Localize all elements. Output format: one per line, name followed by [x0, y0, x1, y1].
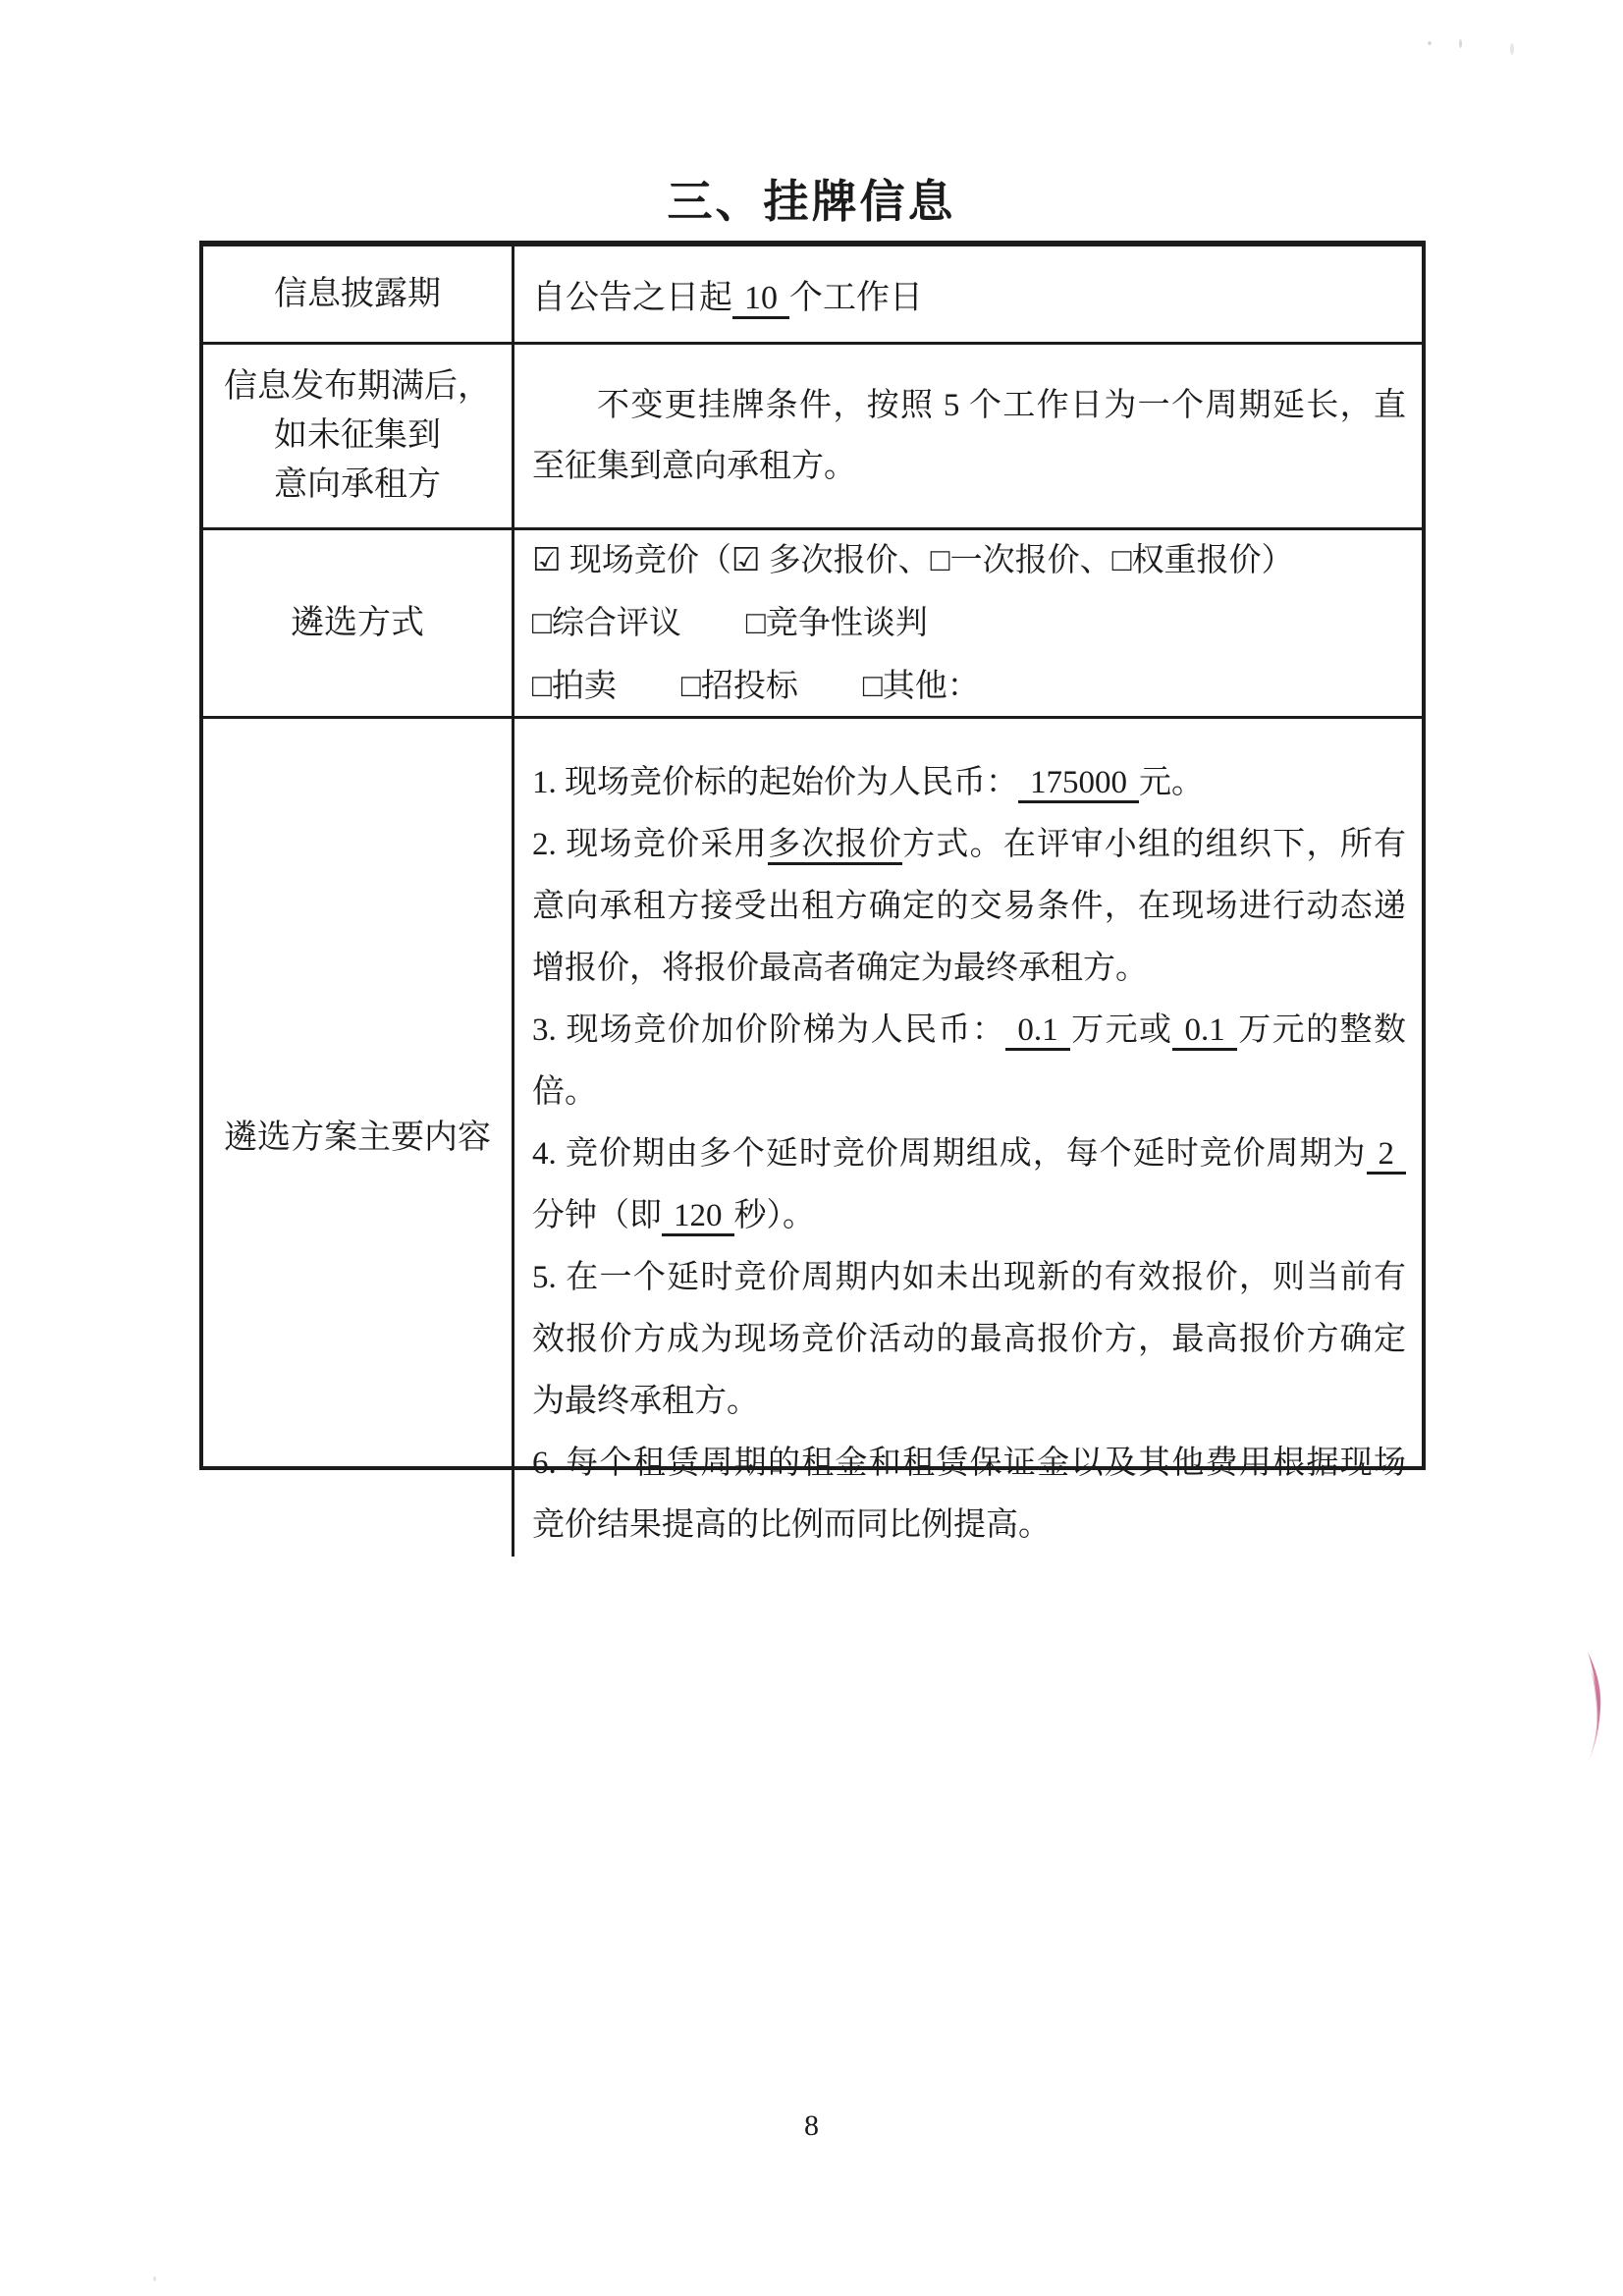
increment-value: 0.1	[1172, 1012, 1236, 1051]
disclosure-period-line: 自公告之日起10个工作日	[532, 270, 1406, 318]
selection-option-line: □拍卖 □招投标 □其他：	[532, 655, 1406, 718]
disclosure-post: 个工作日	[789, 280, 923, 316]
plan-item-6: 6. 每个租赁周期的租金和租赁保证金以及其他费用根据现场竞价结果提高的比例而同比…	[532, 1433, 1406, 1557]
red-stamp-edge-mark	[1581, 1650, 1610, 1763]
plan-text: 元。	[1139, 765, 1204, 800]
row-label-line: 意向承租方	[274, 461, 441, 510]
row-label-line: 信息发布期满后，	[224, 362, 491, 411]
page-number: 8	[0, 2109, 1623, 2143]
row-label-text: 遴选方式	[291, 599, 424, 648]
row-content-selection-method: ☑ 现场竞价（☑ 多次报价、□一次报价、□权重报价） □综合评议 □竞争性谈判 …	[514, 530, 1422, 719]
row-label-line: 如未征集到	[274, 411, 441, 461]
page-title: 三、挂牌信息	[0, 166, 1623, 231]
plan-item-3: 3. 现场竞价加价阶梯为人民币：0.1万元或0.1万元的整数倍。	[532, 1000, 1406, 1123]
row-content-disclosure-period: 自公告之日起10个工作日	[514, 246, 1422, 345]
plan-text: 4. 竞价期由多个延时竞价周期组成，每个延时竞价周期为	[532, 1136, 1367, 1172]
row-label-text: 信息披露期	[274, 270, 441, 319]
row-content-plan: 1. 现场竞价标的起始价为人民币：175000元。 2. 现场竞价采用多次报价方…	[514, 719, 1422, 1557]
disclosure-days-value: 10	[732, 280, 789, 319]
row-label-plan-content: 遴选方案主要内容	[203, 719, 514, 1557]
disclosure-pre: 自公告之日起	[532, 280, 732, 316]
plan-item-2: 2. 现场竞价采用多次报价方式。在评审小组的组织下，所有意向承租方接受出租方确定…	[532, 814, 1406, 1000]
row-label-disclosure-period: 信息披露期	[203, 246, 514, 345]
start-price-value: 175000	[1018, 765, 1139, 803]
scan-speck	[153, 2276, 156, 2281]
row-label-text: 遴选方案主要内容	[224, 1114, 491, 1163]
scan-speck	[1459, 39, 1462, 48]
plan-item-4: 4. 竞价期由多个延时竞价周期组成，每个延时竞价周期为2分钟（即120秒）。	[532, 1123, 1406, 1247]
document-page: 三、挂牌信息 信息披露期 自公告之日起10个工作日 信息发布期满后， 如未征集到…	[0, 0, 1623, 2296]
plan-item-1: 1. 现场竞价标的起始价为人民币：175000元。	[532, 752, 1406, 814]
scan-speck	[1510, 43, 1514, 55]
cycle-minutes-value: 2	[1367, 1136, 1407, 1175]
plan-text: 分钟（即	[532, 1198, 662, 1233]
extension-policy-text: 不变更挂牌条件，按照 5 个工作日为一个周期延长，直至征集到意向承租方。	[532, 375, 1406, 497]
plan-item-5: 5. 在一个延时竞价周期内如未出现新的有效报价，则当前有效报价方成为现场竞价活动…	[532, 1247, 1406, 1433]
scan-speck	[1428, 41, 1432, 45]
plan-text: 3. 现场竞价加价阶梯为人民币：	[532, 1012, 1005, 1048]
plan-text: 5. 在一个延时竞价周期内如未出现新的有效报价，则当前有效报价方成为现场竞价活动…	[532, 1260, 1406, 1419]
plan-text: 万元或	[1070, 1012, 1173, 1048]
row-content-extension: 不变更挂牌条件，按照 5 个工作日为一个周期延长，直至征集到意向承租方。	[514, 345, 1422, 530]
row-label-extension: 信息发布期满后， 如未征集到 意向承租方	[203, 345, 514, 530]
plan-text: 2. 现场竞价采用	[532, 827, 768, 862]
increment-value: 0.1	[1005, 1012, 1069, 1051]
plan-text: 6. 每个租赁周期的租金和租赁保证金以及其他费用根据现场竞价结果提高的比例而同比…	[532, 1446, 1406, 1543]
plan-text: 1. 现场竞价标的起始价为人民币：	[532, 765, 1018, 800]
selection-option-line: □综合评议 □竞争性谈判	[532, 592, 1406, 655]
cycle-seconds-value: 120	[662, 1198, 734, 1236]
selection-option-line: ☑ 现场竞价（☑ 多次报价、□一次报价、□权重报价）	[532, 529, 1406, 592]
listing-info-table: 信息披露期 自公告之日起10个工作日 信息发布期满后， 如未征集到 意向承租方 …	[199, 241, 1426, 1470]
bid-mode-value: 多次报价	[768, 827, 902, 865]
row-label-selection-method: 遴选方式	[203, 530, 514, 719]
plan-text: 秒）。	[734, 1198, 816, 1233]
